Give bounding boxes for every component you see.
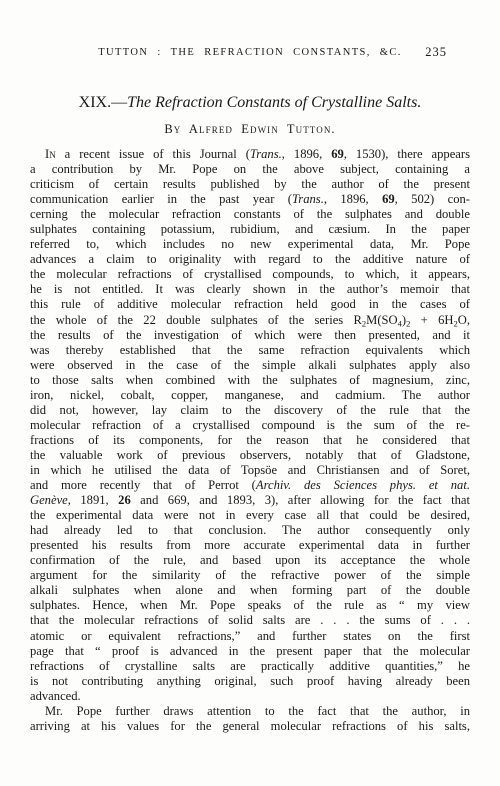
text-line: referred to, which includes no new exper… (30, 237, 470, 252)
text-line: in which he utilised the data of Topsöe … (30, 463, 470, 478)
text-line: page that “ proof is advanced in the pre… (30, 644, 470, 659)
text-line: cerning the molecular refraction constan… (30, 207, 470, 222)
text-line: argument for the similarity of the refra… (30, 568, 470, 583)
text-line: atomic or equivalent refractions,” and f… (30, 629, 470, 644)
text-line: he is not entitled. It was clearly shown… (30, 282, 470, 297)
text-line: was thereby established that the same re… (30, 343, 470, 358)
text-line: confirmation of the rule, and based upon… (30, 553, 470, 568)
article-title: XIX.—The Refraction Constants of Crystal… (0, 94, 500, 112)
text-line: communication earlier in the past year (… (30, 192, 470, 207)
text-line: refractions of crystalline salts are pra… (30, 659, 470, 674)
text-line: the whole of the 22 double sulphates of … (30, 313, 470, 328)
text-line: advanced. (30, 689, 470, 704)
text-line: a contribution by Mr. Pope on the above … (30, 162, 470, 177)
text-line: sulphates containing potassium, rubidium… (30, 222, 470, 237)
text-line: the experimental data were not in every … (30, 508, 470, 523)
text-line: In a recent issue of this Journal (Trans… (30, 147, 470, 162)
byline: By Alfred Edwin Tutton. (0, 122, 500, 137)
text-line: to those salts when combined with the su… (30, 373, 470, 388)
text-line: Mr. Pope further draws attention to the … (30, 704, 470, 719)
article-title-text: The Refraction Constants of Crystalline … (127, 94, 421, 111)
text-line: and more recently that of Perrot (Archiv… (30, 478, 470, 493)
text-line: is not contributing anything original, s… (30, 674, 470, 689)
text-line: were observed in the case of the simple … (30, 358, 470, 373)
text-line: did not, however, lay claim to the disco… (30, 403, 470, 418)
text-line: iron, nickel, cobalt, copper, manganese,… (30, 388, 470, 403)
body-text: In a recent issue of this Journal (Trans… (30, 147, 470, 734)
text-line: the molecular refractions of crystallise… (30, 267, 470, 282)
text-line: had already led to that conclusion. The … (30, 523, 470, 538)
journal-page: TUTTON : THE REFRACTION CONSTANTS, &C. 2… (0, 0, 500, 786)
text-line: Genève, 1891, 26 and 669, and 1893, 3), … (30, 493, 470, 508)
page-number: 235 (425, 45, 447, 60)
text-line: this rule of additive molecular refracti… (30, 297, 470, 312)
text-line: arriving at his values for the general m… (30, 719, 470, 734)
text-line: advances a claim to originality with reg… (30, 252, 470, 267)
text-line: fractions of its components, for the rea… (30, 433, 470, 448)
text-line: alkali sulphates when alone and when for… (30, 583, 470, 598)
text-line: presented his results from more accurate… (30, 538, 470, 553)
text-line: molecular refraction of a crystallised c… (30, 418, 470, 433)
text-line: sulphates. Hence, when Mr. Pope speaks o… (30, 598, 470, 613)
text-line: criticism of certain results published b… (30, 177, 470, 192)
article-number: XIX.— (79, 94, 127, 111)
text-line: the results of the investigation of whic… (30, 328, 470, 343)
text-line: the valuable work of previous observers,… (30, 448, 470, 463)
text-line: that the molecular refractions of solid … (30, 613, 470, 628)
